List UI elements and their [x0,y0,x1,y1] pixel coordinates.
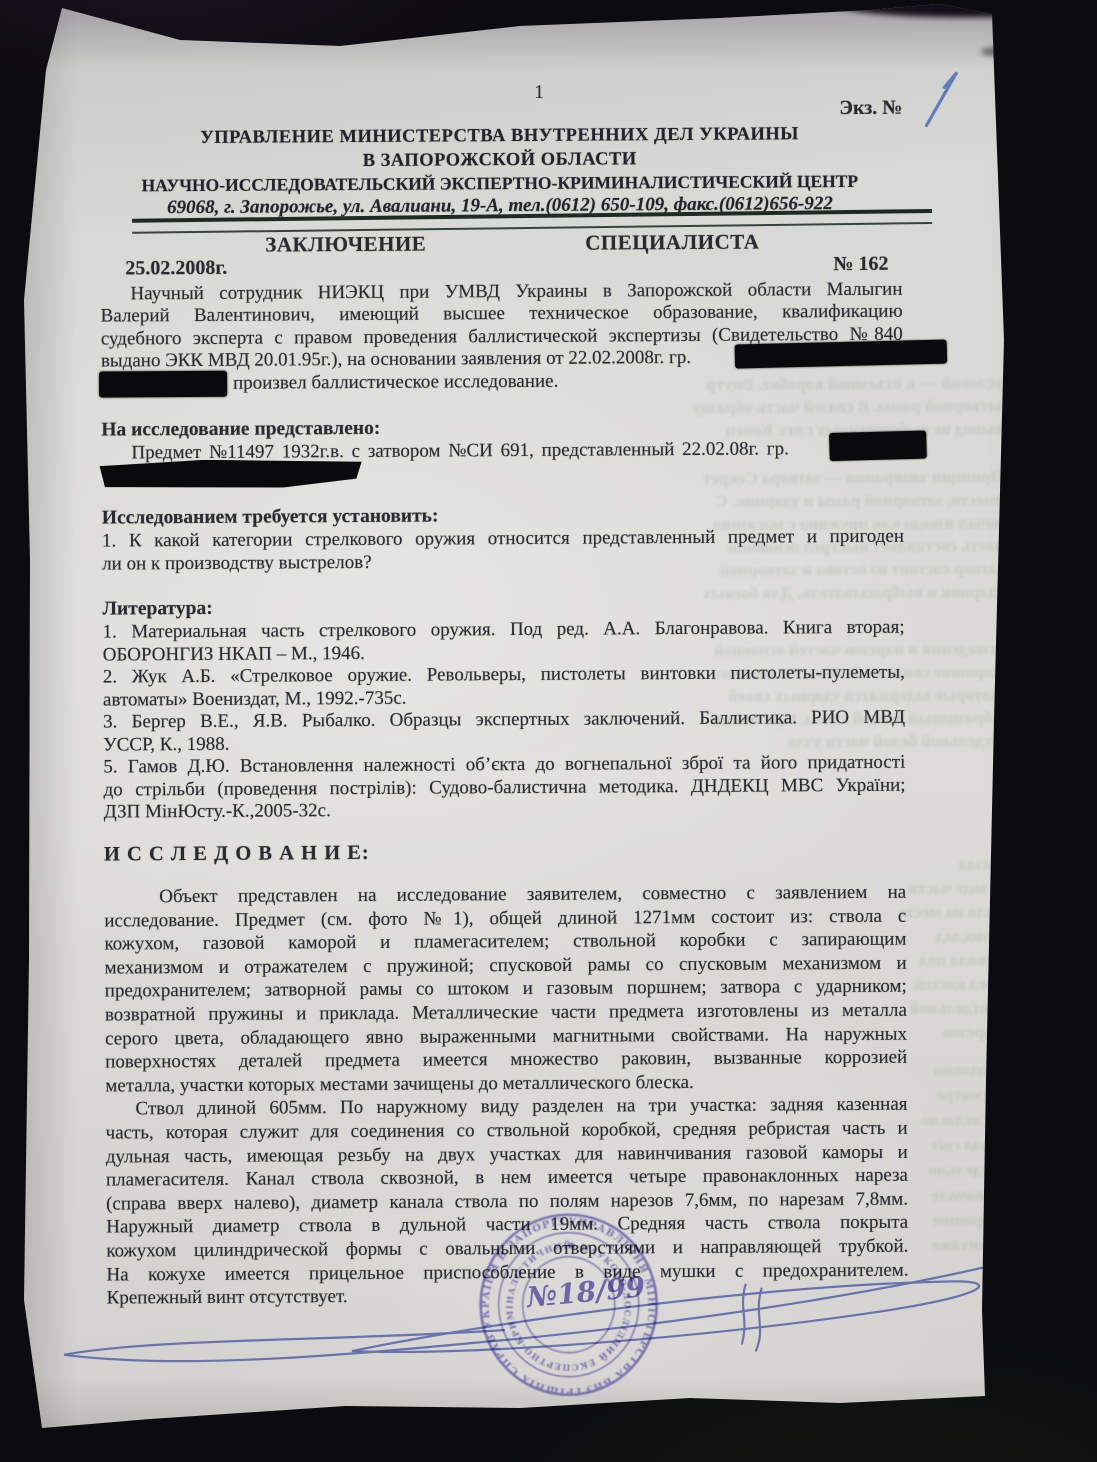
redaction-bar [735,340,948,369]
research-line: часть, которая служит для соединения со … [106,1118,908,1145]
doc-number: № 162 [833,253,888,276]
research-line: возвратной пружины и приклада. Металличе… [105,1000,907,1027]
section-heading-research: И С С Л Е Д О В А Н И Е: [104,839,906,866]
letterhead-line1: УПРАВЛЕНИЕ МИНИСТЕРСТВА ВНУТРЕННИХ ДЕЛ У… [100,124,900,150]
doc-date: 25.02.2008г. [125,257,227,281]
signature [3,1226,1097,1462]
research-line: пламегасителя. Канал ствола сквозной, в … [106,1165,908,1192]
letterhead-line2: В ЗАПОРОЖСКОЙ ОБЛАСТИ [100,148,900,174]
doc-title-right: СПЕЦИАЛИСТА [585,230,759,256]
research-line: Ствол длиной 605мм. По наружному виду ра… [105,1094,907,1121]
document-photo: условий — к отъемной коробке. Внутр затв… [0,0,1097,1462]
research-line: предохранителем; затворной рамы со штоко… [105,976,907,1003]
research-line: Объект представлен на исследование заяви… [104,882,906,909]
paper-sheet: условий — к отъемной коробке. Внутр затв… [0,0,1097,1462]
photo-shadow-smudge [836,0,1091,18]
handwritten-exemplar-number [904,67,974,137]
exemplar-label: Экз. № [839,97,902,120]
research-line: поверхностях деталей предмета имеется мн… [105,1047,907,1074]
document-content: условий — к отъемной коробке. Внутр затв… [0,0,1097,1462]
page-number: 1 [534,82,544,104]
doc-title-left: ЗАКЛЮЧЕНИЕ [265,232,426,258]
redaction-bar [829,431,927,462]
literature-line: ДЗП МінЮсту.-К.,2005-32с. [104,797,906,824]
photo-shadow-smudge [981,47,1007,56]
redaction-bar [99,371,227,398]
research-line: кожухом, газовой каморой и пламегасителе… [104,929,906,956]
